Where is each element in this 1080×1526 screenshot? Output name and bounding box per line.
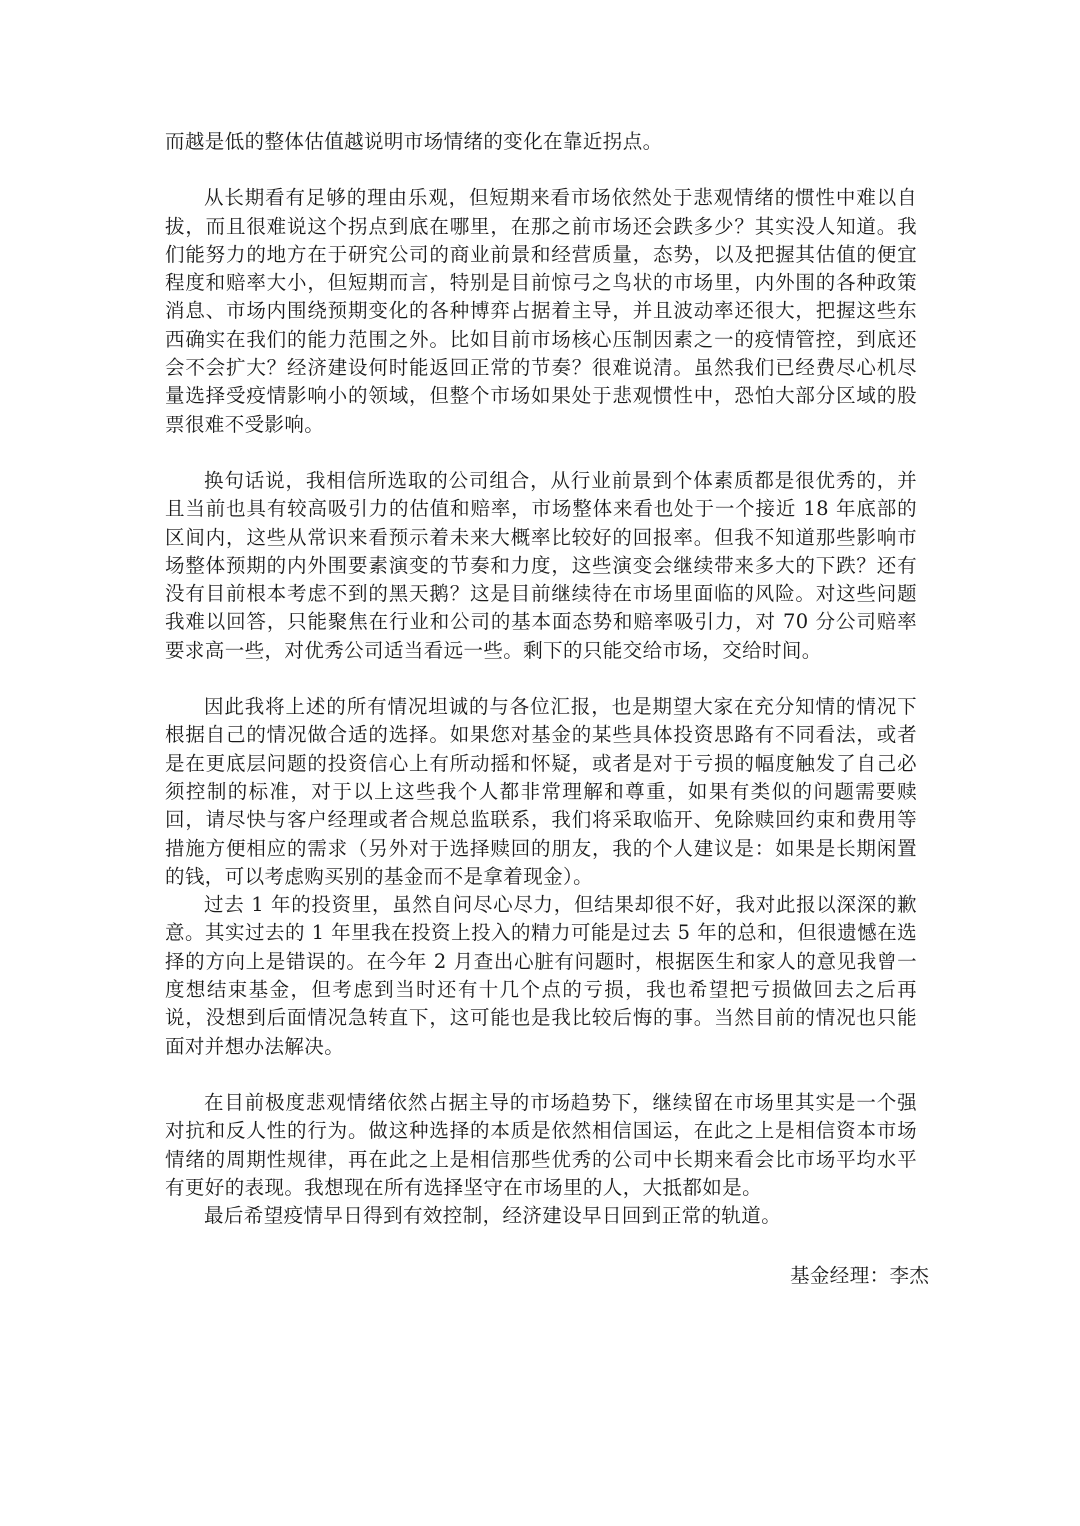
paragraph-apology: 过去 1 年的投资里，虽然自问尽心尽力，但结果却很不好，我对此报以深深的歉意。其… (165, 891, 917, 1061)
signature-fund-manager: 基金经理：李杰 (790, 1262, 929, 1290)
paragraph-redemption-options: 因此我将上述的所有情况坦诚的与各位汇报，也是期望大家在充分知情的情况下根据自己的… (165, 693, 917, 891)
letter-body: 而越是低的整体估值越说明市场情绪的变化在靠近拐点。 从长期看有足够的理由乐观，但… (165, 128, 917, 1230)
paragraph-closing-wish: 最后希望疫情早日得到有效控制，经济建设早日回到正常的轨道。 (165, 1202, 917, 1230)
paragraph-staying-in-market: 在目前极度悲观情绪依然占据主导的市场趋势下，继续留在市场里其实是一个强对抗和反人… (165, 1089, 917, 1202)
paragraph-portfolio-risks: 换句话说，我相信所选取的公司组合，从行业前景到个体素质都是很优秀的，并且当前也具… (165, 467, 917, 665)
paragraph-valuation-turning-point: 而越是低的整体估值越说明市场情绪的变化在靠近拐点。 (165, 128, 917, 156)
paragraph-short-term-outlook: 从长期看有足够的理由乐观，但短期来看市场依然处于悲观情绪的惯性中难以自拔，而且很… (165, 184, 917, 439)
